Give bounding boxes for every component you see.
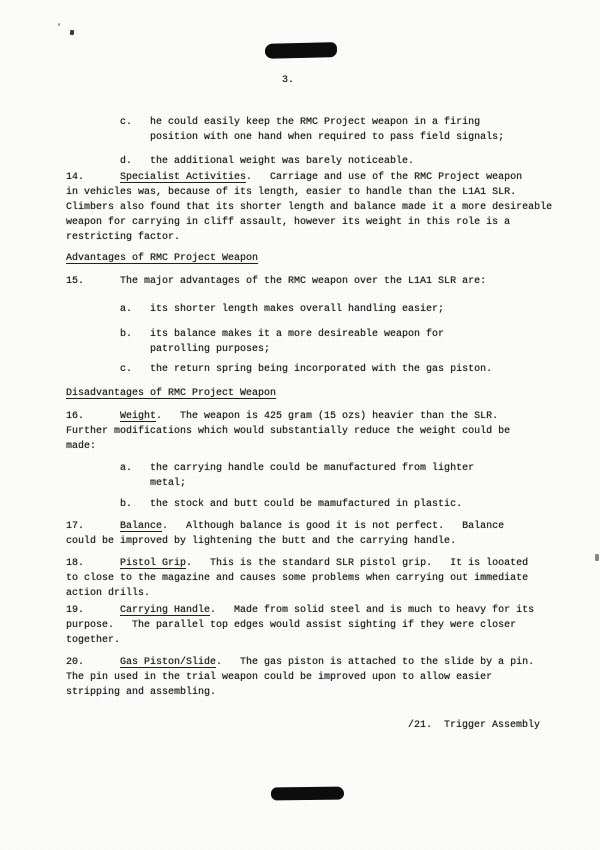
ink-speck [58,23,61,27]
list-item-16b: b. the stock and butt could be mamufactu… [66,497,462,512]
ink-speck [595,554,599,561]
section-heading-advantages: Advantages of RMC Project Weapon [66,251,258,266]
list-item-15a: a. its shorter length makes overall hand… [66,302,444,317]
paragraph-20: 20. Gas Piston/Slide. The gas piston is … [66,655,534,700]
para-label: Pistol Grip [120,558,186,569]
paragraph-15: 15. The major advantages of the RMC weap… [66,274,486,289]
list-item-13c: c. he could easily keep the RMC Project … [66,115,504,145]
ink-speck [70,30,75,35]
redaction-mark-bottom [271,786,344,800]
list-item-15b: b. its balance makes it a more desireabl… [66,327,444,357]
para-label: Gas Piston/Slide [120,657,216,668]
page-number: 3. [282,73,294,88]
paragraph-17: 17. Balance. Although balance is good it… [66,519,504,549]
paragraph-18: 18. Pistol Grip. This is the standard SL… [66,556,528,601]
para-number: 16. [66,411,120,422]
para-number: 14. [66,172,120,183]
page-continuation-reference: /21. Trigger Assembly [408,718,540,733]
paragraph-14: 14. Specialist Activities. Carriage and … [66,170,552,245]
para-number: 18. [66,558,120,569]
para-label: Carrying Handle [120,605,210,616]
redaction-mark-top [265,42,337,59]
para-number: 20. [66,657,120,668]
para-label: Balance [120,521,162,532]
list-item-13d: d. the additional weight was barely noti… [66,154,414,169]
para-label: Weight [120,411,156,422]
section-heading-disadvantages: Disadvantages of RMC Project Weapon [66,386,276,401]
document-page: 3. c. he could easily keep the RMC Proje… [0,0,600,850]
list-item-15c: c. the return spring being incorporated … [66,362,492,377]
paragraph-16: 16. Weight. The weapon is 425 gram (15 o… [66,409,510,454]
para-number: 19. [66,605,120,616]
para-label: Specialist Activities [120,172,246,183]
list-item-16a: a. the carrying handle could be manufact… [66,461,474,491]
para-number: 17. [66,521,120,532]
paragraph-19: 19. Carrying Handle. Made from solid ste… [66,603,534,648]
